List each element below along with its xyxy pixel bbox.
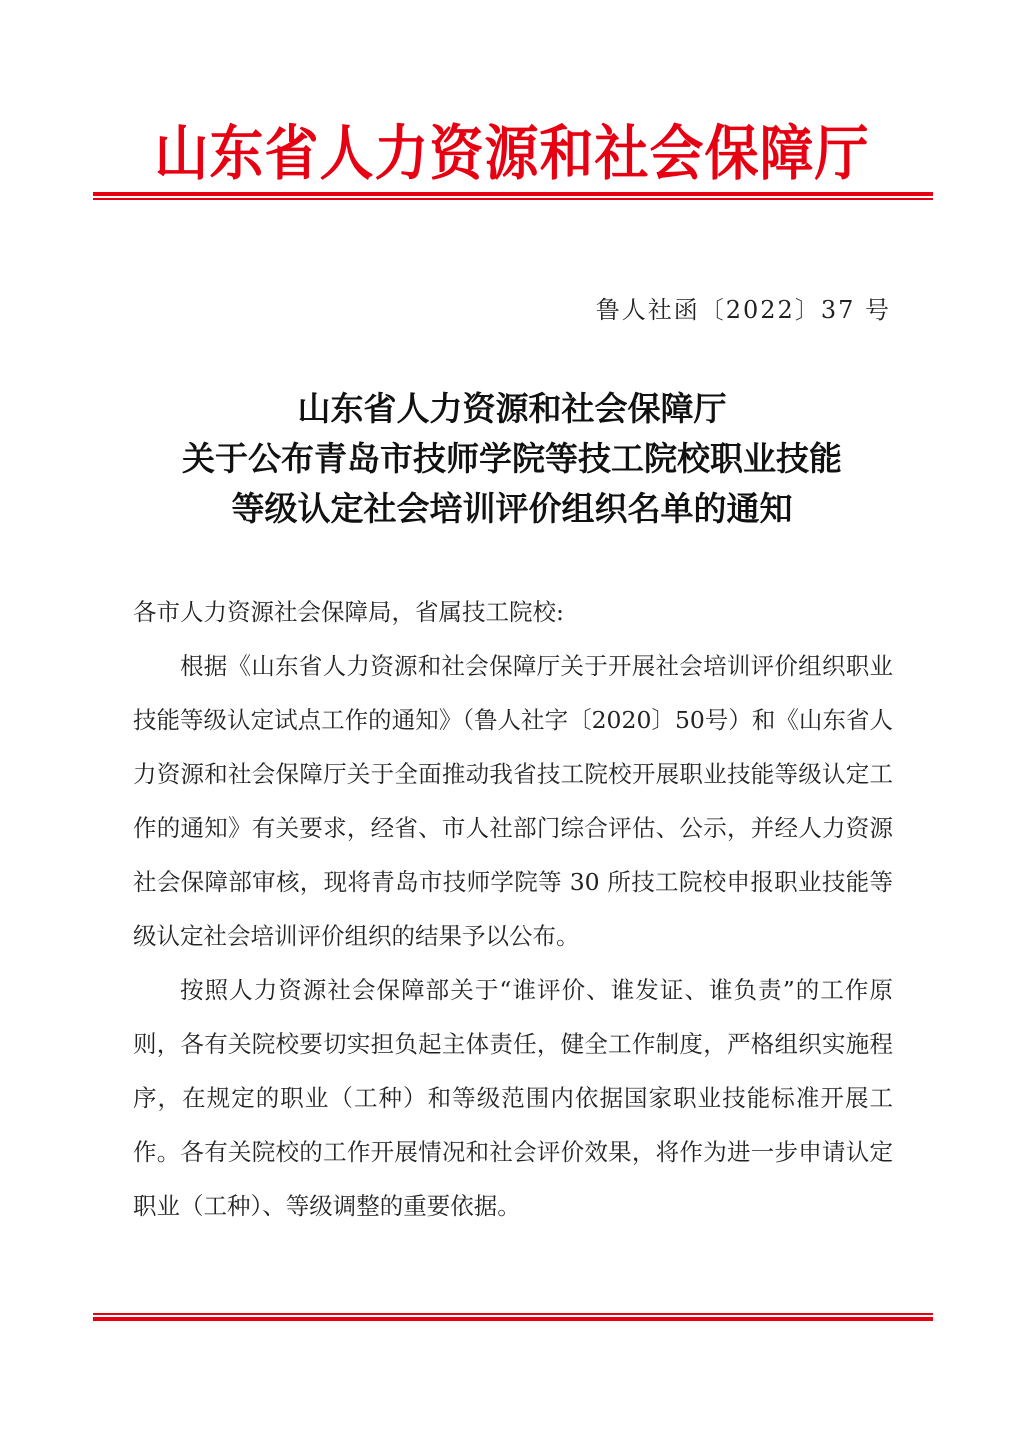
title-line-2: 关于公布青岛市技师学院等技工院校职业技能 (0, 434, 1024, 484)
agency-masthead: 山东省人力资源和社会保障厅 (0, 115, 1024, 192)
footer-divider (93, 1313, 933, 1321)
document-number: 鲁人社函〔2022〕37 号 (596, 290, 891, 325)
header-divider (93, 192, 933, 200)
document-body: 各市人力资源社会保障局，省属技工院校: 根据《山东省人力资源和社会保障厅关于开展… (133, 585, 893, 1233)
title-line-3: 等级认定社会培训评价组织名单的通知 (0, 484, 1024, 534)
salutation: 各市人力资源社会保障局，省属技工院校: (133, 585, 893, 639)
document-title: 山东省人力资源和社会保障厅 关于公布青岛市技师学院等技工院校职业技能 等级认定社… (0, 384, 1024, 534)
paragraph-1: 根据《山东省人力资源和社会保障厅关于开展社会培训评价组织职业技能等级认定试点工作… (133, 639, 893, 963)
paragraph-2: 按照人力资源社会保障部关于“谁评价、谁发证、谁负责”的工作原则，各有关院校要切实… (133, 963, 893, 1233)
title-line-1: 山东省人力资源和社会保障厅 (0, 384, 1024, 434)
